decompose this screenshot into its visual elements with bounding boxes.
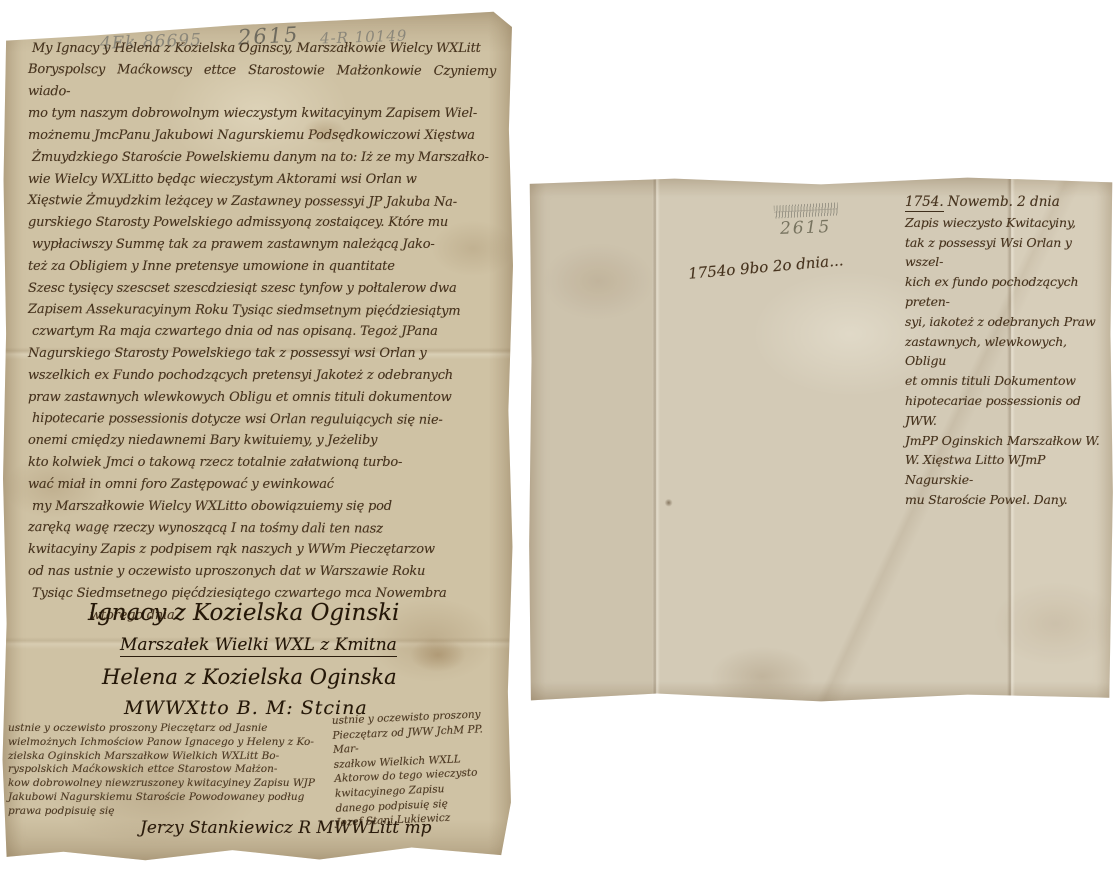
- witness-line: prawa podpisuię się: [8, 805, 332, 819]
- manuscript-back-page: 2615 1754o 9bo 2o dnia... 1754.Nowemb. 2…: [528, 176, 1114, 703]
- manuscript-line: wać miał in omni foro Zastępować y ewink…: [28, 474, 496, 496]
- fold-crease: [652, 176, 660, 703]
- docket-line: kich ex fundo pochodzących preten-: [905, 272, 1107, 312]
- docket-line: W. Xięstwa Litto WJmP Nagurskie-: [905, 450, 1107, 490]
- signature-stankiewicz: Jerzy Stankiewicz R MWWLitt mp: [140, 818, 432, 838]
- fold-panel-left: [528, 176, 652, 703]
- manuscript-line: możnemu JmcPanu Jakubowi Nagurskiemu Pod…: [28, 125, 496, 147]
- docket-line: et omnis tituli Dokumentow: [905, 371, 1107, 391]
- witness-line: ustnie y oczewisto proszony Pieczętarz o…: [8, 722, 332, 736]
- manuscript-line: onemi cmiędzy niedawnemi Bary kwituiemy,…: [28, 430, 496, 452]
- manuscript-line: Boryspolscy Maćkowscy ettce Starostowie …: [28, 59, 496, 105]
- manuscript-line: hipotecarie possessionis dotycze wsi Orl…: [32, 408, 496, 432]
- manuscript-line: Zapisem Assekuracyinym Roku Tysiąc siedm…: [28, 299, 496, 323]
- manuscript-line: wie Wielcy WXLitto będąc wieczystym Akto…: [28, 169, 496, 191]
- manuscript-line: kwitacyiny Zapis z podpisem rąk naszych …: [28, 539, 496, 561]
- witness-line: kow dobrowolney niewzruszoney kwitacyine…: [8, 777, 332, 791]
- manuscript-line: kto kolwiek Jmci o takową rzecz totalnie…: [28, 452, 496, 474]
- paper-stain: [410, 638, 466, 672]
- witness-line: zielska Oginskich Marszałkow Wielkich WX…: [8, 750, 332, 764]
- witness-line: Jakubowi Nagurskiemu Staroście Powodowan…: [8, 791, 332, 805]
- witness-line: wielmożnych Ichmościow Panow Ignacego y …: [8, 736, 332, 750]
- signature-ignacy-title: Marszałek Wielki WXL z Kmitna: [120, 635, 397, 657]
- manuscript-line: wypłaciwszy Summę tak za prawem zastawny…: [32, 234, 496, 256]
- docket-line: zastawnych, wlewkowych, Obligu: [905, 332, 1107, 372]
- witness-attestation-left: ustnie y oczewisto proszony Pieczętarz o…: [8, 722, 332, 819]
- docket-line: tak z possessyi Wsi Orlan y wszel-: [905, 233, 1107, 273]
- manuscript-line: czwartym Ra maja czwartego dnia od nas o…: [32, 321, 496, 343]
- manuscript-line: my Marszałkowie Wielcy WXLitto obowiązui…: [32, 496, 496, 518]
- docket-line: Zapis wieczysto Kwitacyiny,: [905, 213, 1107, 233]
- manuscript-line: Nagurskiego Starosty Powelskiego tak z p…: [28, 343, 496, 365]
- witness-attestation-right: ustnie y oczewisto proszony Pieczętarz o…: [332, 706, 513, 830]
- docket-line: hipotecariae possessionis od JWW.: [905, 391, 1107, 431]
- manuscript-line: Żmuydzkiego Staroście Powelskiemu danym …: [32, 147, 496, 169]
- back-date-note: 1754o 9bo 2o dnia...: [688, 251, 845, 282]
- manuscript-line: od nas ustnie y oczewisto uproszonych da…: [28, 561, 496, 583]
- witness-line: ryspolskich Maćkowskich ettce Starostow …: [8, 763, 332, 777]
- manuscript-line: My Ignacy y Helena z Kozielska Oginscy, …: [32, 38, 496, 60]
- signature-helena-oginska: Helena z Kozielska Oginska: [102, 665, 397, 689]
- manuscript-line: praw zastawnych wlewkowych Obligu et omn…: [28, 387, 496, 409]
- docket-annotation: 1754.Nowemb. 2 dnia Zapis wieczysto Kwit…: [905, 193, 1107, 510]
- docket-date-rest: Nowemb. 2 dnia: [948, 194, 1060, 210]
- manuscript-body-text: My Ignacy y Helena z Kozielska Oginscy, …: [28, 38, 496, 627]
- archival-number-back: 2615: [780, 217, 832, 239]
- manuscript-line: Xięstwie Żmuydzkim leżącey w Zastawney p…: [28, 190, 496, 214]
- docket-line: JmPP Oginskich Marszałkow W.: [905, 431, 1107, 451]
- signature-ignacy-oginski: Ignacy z Kozielska Oginski: [88, 600, 399, 626]
- docket-line: syi, iakoteż z odebranych Praw: [905, 312, 1107, 332]
- manuscript-line: zaręką wagę rzeczy wynoszącą I na tośmy …: [28, 517, 496, 541]
- manuscript-line: Szesc tysięcy szescset szescdziesiąt sze…: [28, 278, 496, 300]
- docket-year: 1754.: [905, 194, 944, 212]
- manuscript-line: wszelkich ex Fundo pochodzących pretensy…: [28, 365, 496, 387]
- manuscript-front-page: 4Ek 86695 2615 4-R 10149 My Ignacy y Hel…: [2, 10, 514, 862]
- scan-background: 4Ek 86695 2615 4-R 10149 My Ignacy y Hel…: [0, 0, 1119, 883]
- docket-line: mu Staroście Powel. Dany.: [905, 490, 1107, 510]
- manuscript-line: mo tym naszym dobrowolnym wieczystym kwi…: [28, 103, 496, 125]
- docket-lines: Zapis wieczysto Kwitacyiny, tak z posses…: [905, 213, 1107, 510]
- docket-date-line: 1754.Nowemb. 2 dnia: [905, 193, 1107, 213]
- manuscript-line: też za Obligiem y Inne pretensye umowion…: [28, 256, 496, 278]
- manuscript-line: gurskiego Starosty Powelskiego admissyon…: [28, 212, 496, 234]
